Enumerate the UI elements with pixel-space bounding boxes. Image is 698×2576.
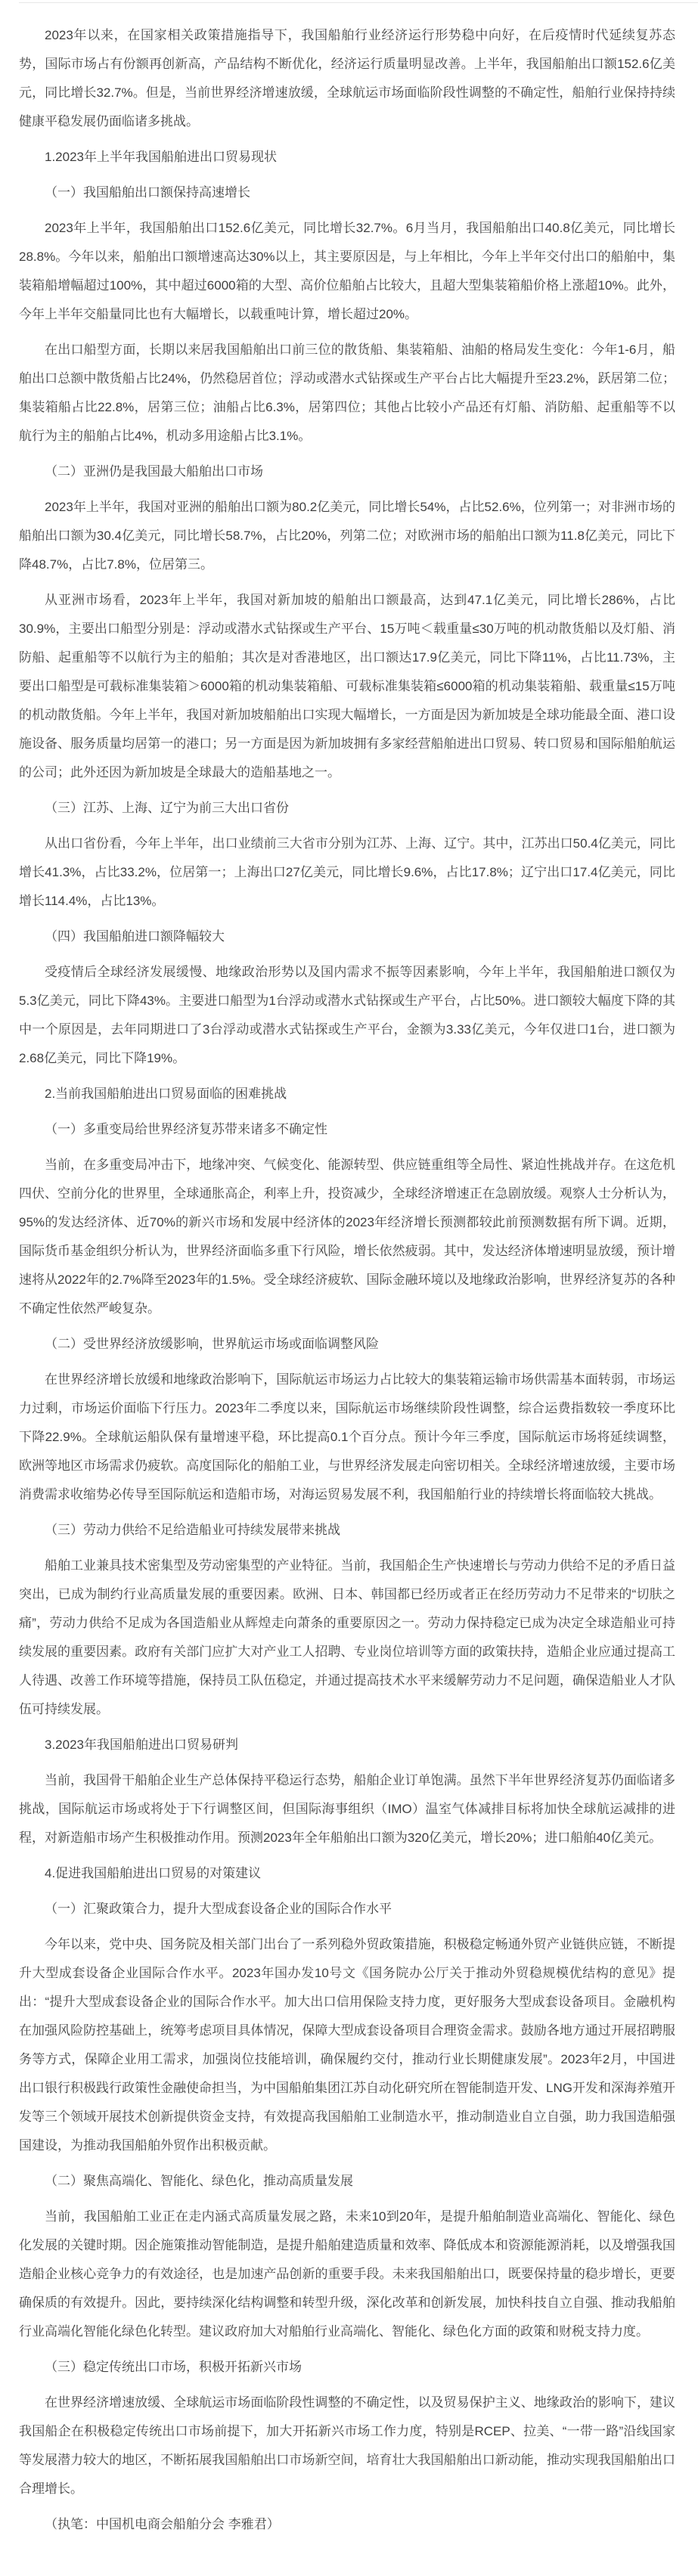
section-heading: 4.促进我国船舶进出口贸易的对策建议: [19, 1859, 675, 1888]
paragraph: 在出口船型方面，长期以来居我国船舶出口前三位的散货船、集装箱船、油船的格局发生变…: [19, 336, 675, 451]
paragraph: 船舶工业兼具技术密集型及劳动密集型的产业特征。当前，我国船企生产快速增长与劳动力…: [19, 1551, 675, 1724]
section-heading: （四）我国船舶进口额降幅较大: [19, 922, 675, 951]
section-heading: （三）稳定传统出口市场，积极开拓新兴市场: [19, 2353, 675, 2382]
paragraph: 2023年上半年，我国对亚洲的船舶出口额为80.2亿美元，同比增长54%，占比5…: [19, 493, 675, 579]
section-heading: （一）我国船舶出口额保持高速增长: [19, 178, 675, 207]
paragraph: 今年以来，党中央、国务院及相关部门出台了一系列稳外贸政策措施，积极稳定畅通外贸产…: [19, 1930, 675, 2160]
section-heading: 3.2023年我国船舶进出口贸易研判: [19, 1731, 675, 1759]
section-heading: 1.2023年上半年我国船舶进出口贸易现状: [19, 143, 675, 172]
paragraph: 在世界经济增长放缓和地缘政治影响下，国际航运市场运力占比较大的集装箱运输市场供需…: [19, 1365, 675, 1509]
section-heading: （二）受世界经济放缓影响，世界航运市场或面临调整风险: [19, 1330, 675, 1359]
section-heading: （一）汇聚政策合力，提升大型成套设备企业的国际合作水平: [19, 1895, 675, 1923]
section-heading: （二）聚焦高端化、智能化、绿色化，推动高质量发展: [19, 2167, 675, 2196]
section-heading: （三）江苏、上海、辽宁为前三大出口省份: [19, 794, 675, 823]
paragraph: 在世界经济增速放缓、全球航运市场面临阶段性调整的不确定性，以及贸易保护主义、地缘…: [19, 2388, 675, 2503]
byline: （执笔：中国机电商会船舶分会 李雅君）: [19, 2510, 675, 2539]
paragraph: 受疫情后全球经济发展缓慢、地缘政治形势以及国内需求不振等因素影响，今年上半年，我…: [19, 958, 675, 1073]
paragraph: 当前，在多重变局冲击下，地缘冲突、气候变化、能源转型、供应链重组等全局性、紧迫性…: [19, 1151, 675, 1323]
paragraph: 从出口省份看，今年上半年，出口业绩前三大省市分别为江苏、上海、辽宁。其中，江苏出…: [19, 829, 675, 916]
paragraph: 从亚洲市场看，2023年上半年，我国对新加坡的船舶出口额最高，达到47.1亿美元…: [19, 586, 675, 787]
section-heading: （二）亚洲仍是我国最大船舶出口市场: [19, 457, 675, 486]
paragraph: 当前，我国船舶工业正在走内涵式高质量发展之路，未来10到20年，是提升船舶制造业…: [19, 2202, 675, 2346]
paragraph: 2023年上半年，我国船舶出口152.6亿美元，同比增长32.7%。6月当月，我…: [19, 214, 675, 329]
document-page: 2023年以来，在国家相关政策措施指导下，我国船舶行业经济运行形势稳中向好，在后…: [0, 0, 698, 2576]
section-heading: （三）劳动力供给不足给造船业可持续发展带来挑战: [19, 1516, 675, 1545]
article-body: 2023年以来，在国家相关政策措施指导下，我国船舶行业经济运行形势稳中向好，在后…: [19, 3, 698, 2576]
paragraph: 当前，我国骨干船舶企业生产总体保持平稳运行态势，船舶企业订单饱满。虽然下半年世界…: [19, 1766, 675, 1852]
section-heading: 2.当前我国船舶进出口贸易面临的困难挑战: [19, 1080, 675, 1108]
paragraph: 2023年以来，在国家相关政策措施指导下，我国船舶行业经济运行形势稳中向好，在后…: [19, 21, 675, 136]
section-heading: （一）多重变局给世界经济复苏带来诸多不确定性: [19, 1115, 675, 1144]
